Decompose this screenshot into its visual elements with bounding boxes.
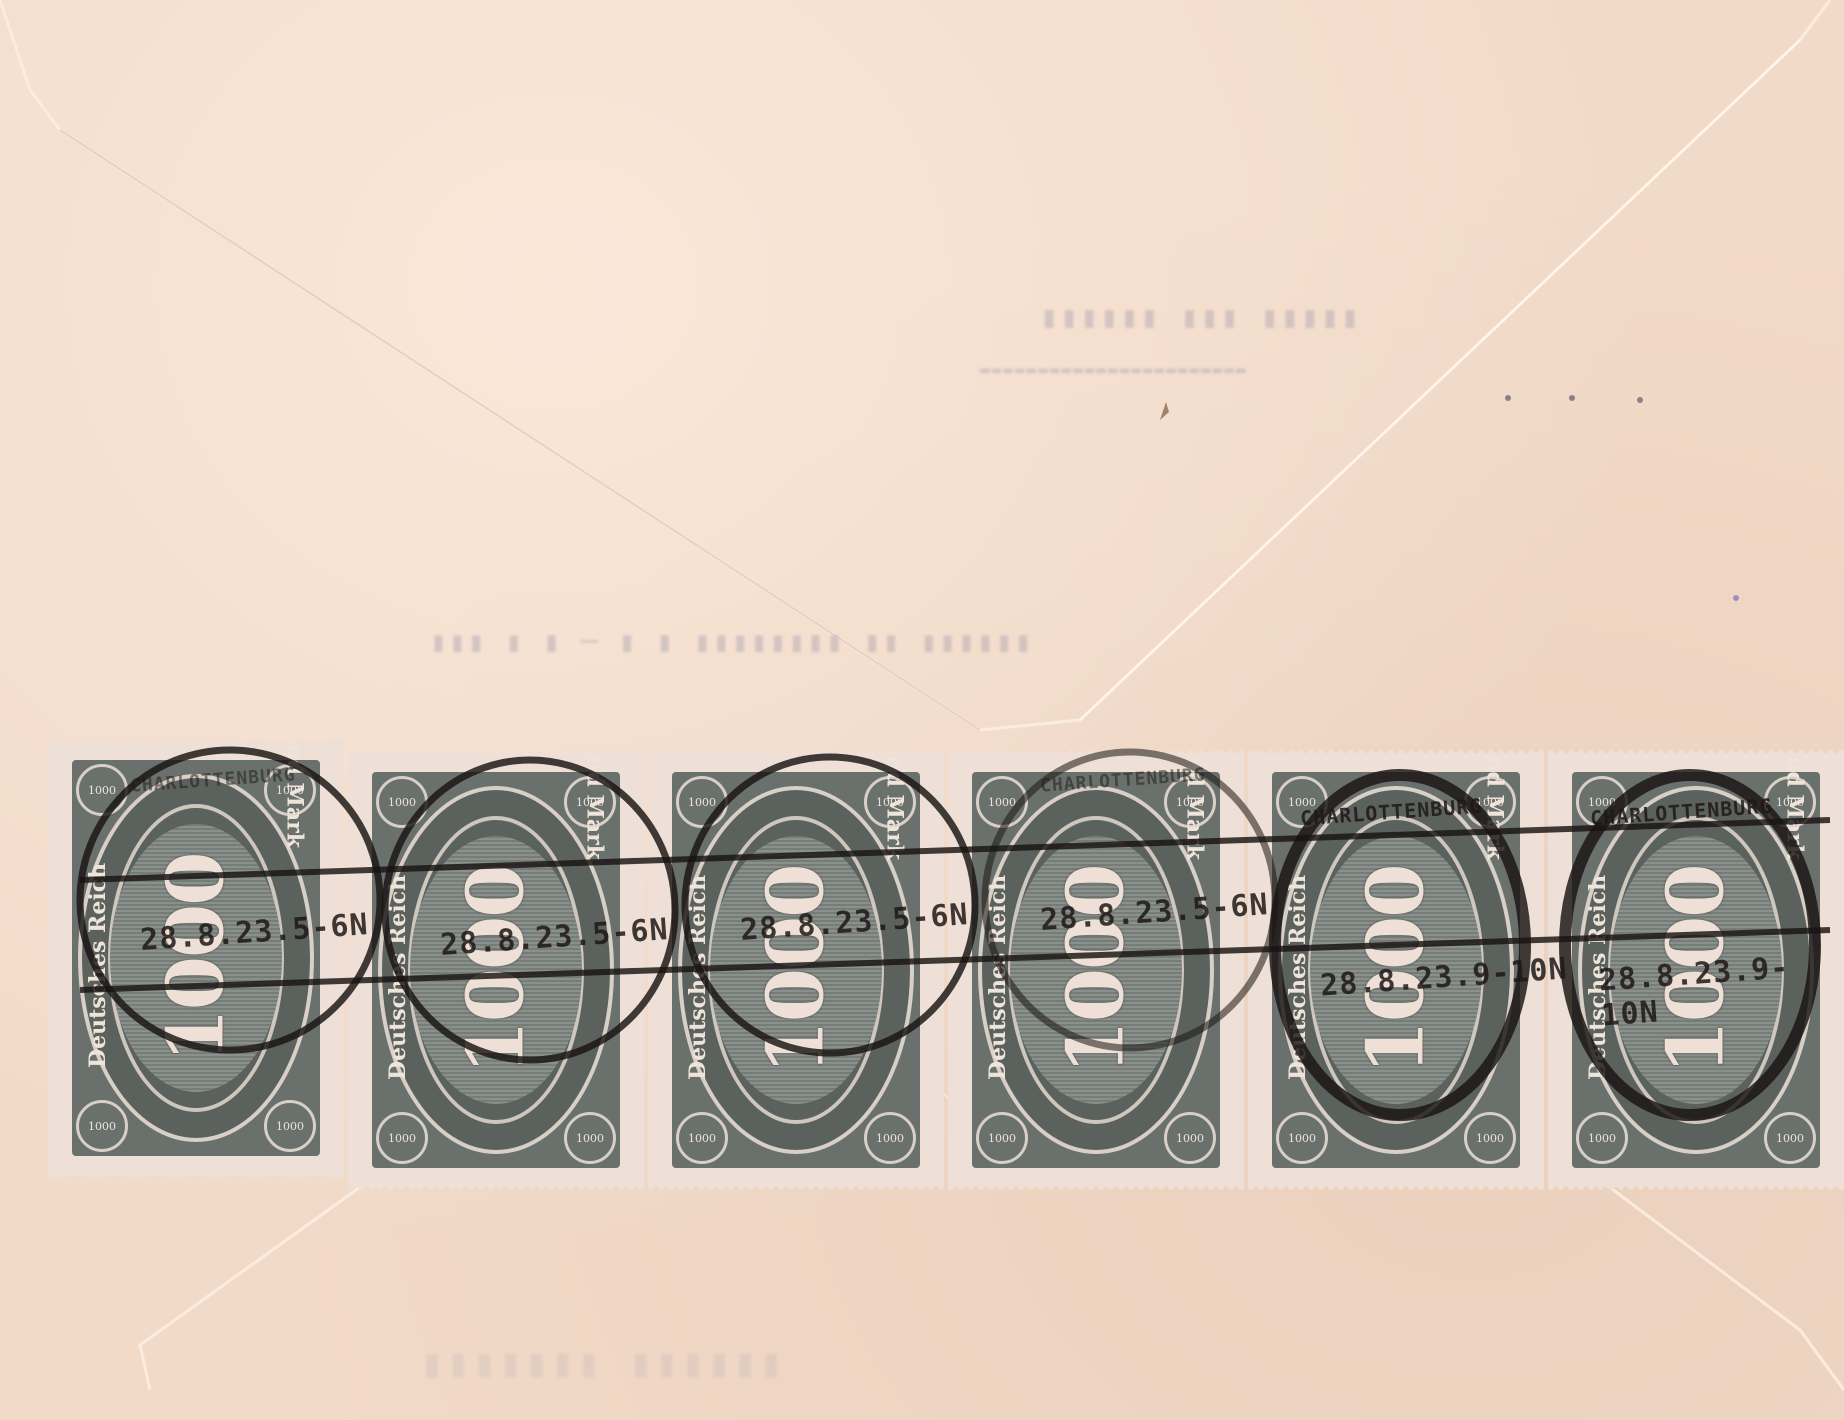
corner-value: 1000 xyxy=(864,1112,916,1164)
stamp-1000-mark: 1000 1000 1000 1000 Deutsches Reich Taus… xyxy=(348,750,644,1190)
corner-value: 1000 xyxy=(976,1112,1028,1164)
envelope-flap-creases xyxy=(0,0,1844,1420)
corner-value: 1000 xyxy=(76,1100,128,1152)
corner-value: 1000 xyxy=(1276,1112,1328,1164)
stamp-country: Deutsches Reich xyxy=(385,875,411,1080)
corner-value: 1000 xyxy=(1164,1112,1216,1164)
corner-value: 1000 xyxy=(376,776,428,828)
corner-value: 1000 xyxy=(676,776,728,828)
stamp-country: Deutsches Reich xyxy=(85,863,111,1068)
stamp-1000-mark: 1000 1000 1000 1000 Deutsches Reich Taus… xyxy=(948,750,1244,1190)
bleed-through-text-4: ▮▮▮▮▮▮▮ ▮▮▮▮▮▮ xyxy=(420,1340,785,1386)
bleed-through-text-1: ▮▮▮▮▮▮ ▮▮▮ ▮▮▮▮▮ xyxy=(1040,300,1361,335)
stamp-1000-mark: 1000 1000 1000 1000 Deutsches Reich Taus… xyxy=(648,750,944,1190)
corner-value: 1000 xyxy=(976,776,1028,828)
stamp-strip: 1000 1000 1000 1000 Deutsches Reich Taus… xyxy=(48,738,1844,1178)
stamp-denomination: 1000 xyxy=(451,822,542,1118)
stamp-denomination: 1000 xyxy=(751,822,842,1118)
bleed-through-text-3: ▮▮▮ ▮ ▮ ─ ▮ ▮ ▮▮▮▮▮▮▮▮ ▮▮ ▮▮▮▮▮▮ xyxy=(430,625,1033,658)
corner-value: 1000 xyxy=(1576,1112,1628,1164)
bleed-through-text-2: ▬▬▬▬▬▬▬▬▬▬▬▬▬▬▬▬▬▬▬▬▬▬▬ xyxy=(980,360,1248,379)
stamp-1000-mark: 1000 1000 1000 1000 Deutsches Reich Taus… xyxy=(48,738,344,1178)
stamp-country: Deutsches Reich xyxy=(985,875,1011,1080)
stamp-country: Deutsches Reich xyxy=(685,875,711,1080)
corner-value: 1000 xyxy=(676,1112,728,1164)
stamp-denomination: 1000 xyxy=(151,810,242,1106)
envelope-back: ▮▮▮▮▮▮ ▮▮▮ ▮▮▮▮▮ ▬▬▬▬▬▬▬▬▬▬▬▬▬▬▬▬▬▬▬▬▬▬▬… xyxy=(0,0,1844,1420)
corner-value: 1000 xyxy=(76,764,128,816)
corner-value: 1000 xyxy=(376,1112,428,1164)
corner-value: 1000 xyxy=(264,1100,316,1152)
corner-value: 1000 xyxy=(1764,1112,1816,1164)
stamp-country: Deutsches Reich xyxy=(1285,875,1311,1080)
corner-value: 1000 xyxy=(564,1112,616,1164)
corner-value: 1000 xyxy=(1464,1112,1516,1164)
stamp-denomination: 1000 xyxy=(1051,822,1142,1118)
